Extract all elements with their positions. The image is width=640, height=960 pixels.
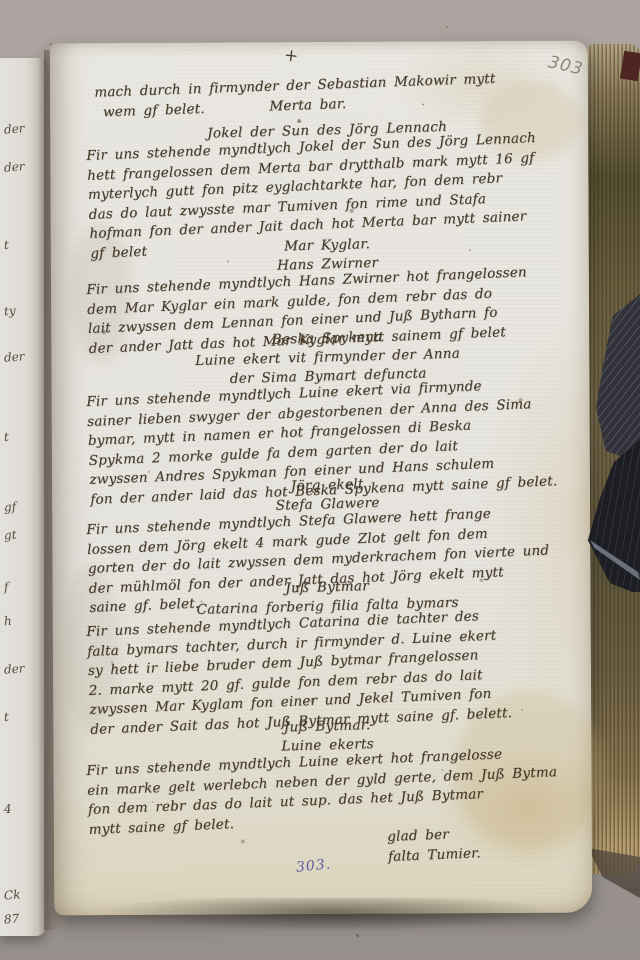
cover-sliver — [620, 51, 640, 81]
text-column: mach durch in firmynder der Sebastian Ma… — [86, 0, 568, 960]
left-page-edge: derderttydertgfgtfhdert4Ck87 — [0, 58, 46, 936]
left-page-text-fragment: t — [4, 710, 10, 724]
manuscript-photo: derderttydertgfgtfhdert4Ck87 + 303 mach … — [0, 0, 640, 960]
ink-specks — [50, 43, 52, 45]
left-page-text-fragment: gt — [4, 528, 17, 543]
left-page-text-fragment: h — [4, 614, 13, 629]
left-page-text-fragment: 4 — [4, 802, 13, 816]
left-page-text-fragment: t — [4, 430, 10, 444]
left-page-text-fragment: der — [4, 349, 25, 364]
dark-cloth-weight — [582, 292, 640, 592]
left-page-text-fragment: der — [4, 661, 25, 676]
left-page-text-fragment: f — [4, 580, 9, 594]
book-shadow — [30, 898, 630, 944]
left-page-text-fragment: Ck — [4, 887, 21, 902]
left-page-text-fragment: der — [4, 121, 25, 136]
left-page-text-fragment: gf — [4, 500, 17, 515]
left-page-text-fragment: t — [4, 238, 10, 252]
left-page-text-fragment: ty — [4, 304, 17, 319]
left-page-text-fragment: 87 — [4, 911, 20, 926]
continuation-paragraph: mach durch in firmynder der Sebastian Ma… — [86, 67, 569, 123]
left-page-text-fragment: der — [4, 159, 25, 174]
entry-closing: glad berfalta Tumier. — [387, 821, 572, 867]
